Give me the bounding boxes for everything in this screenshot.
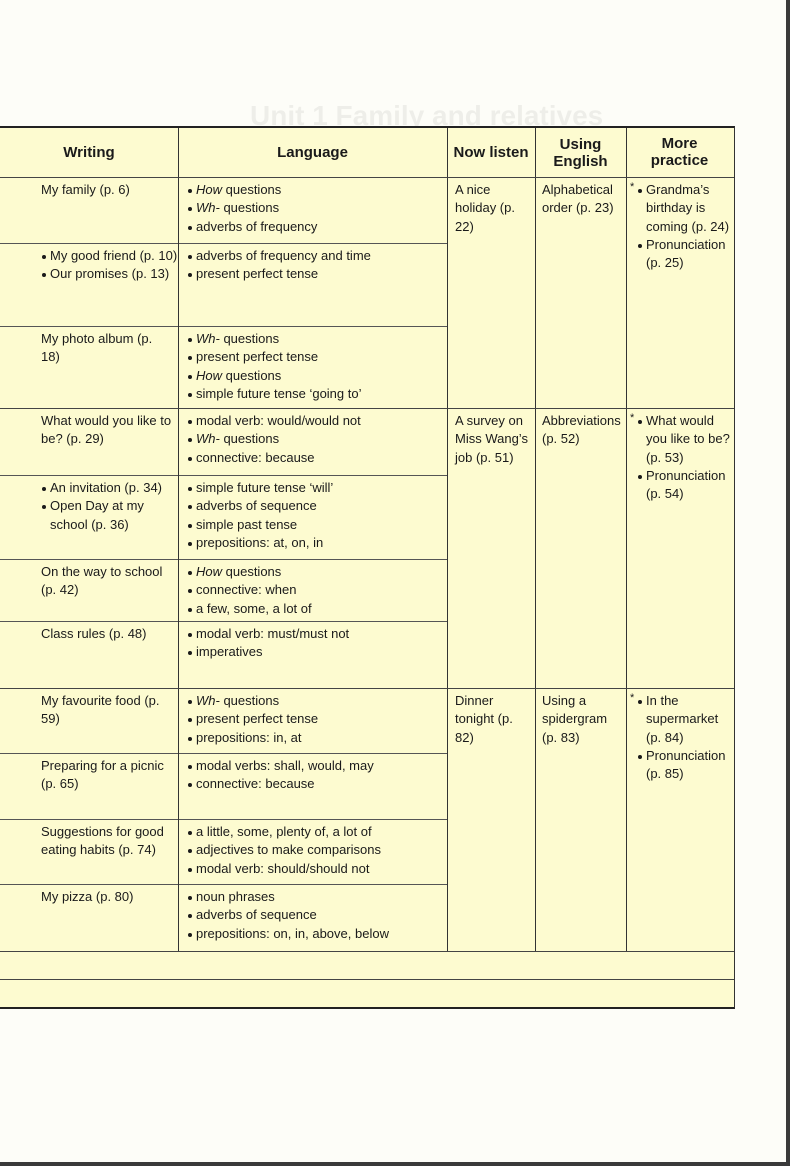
- writing-cell: My family (p. 6): [41, 178, 173, 199]
- language-item: simple past tense: [187, 516, 445, 534]
- language-item: Wh- questions: [187, 430, 445, 448]
- unit-block-1: My family (p. 6)How questionsWh- questio…: [0, 178, 734, 409]
- language-item: adverbs of frequency and time: [187, 247, 445, 265]
- writing-item: My photo album (p. 18): [41, 330, 173, 367]
- table-row: An invitation (p. 34)Open Day at my scho…: [0, 475, 447, 559]
- column-divider: [535, 178, 536, 408]
- asterisk-marker: *: [630, 409, 634, 427]
- writing-bullet-item: Open Day at my school (p. 36): [41, 497, 182, 534]
- column-divider: [178, 178, 179, 408]
- language-item: prepositions: on, in, above, below: [187, 925, 445, 943]
- header-more-practice: More practice: [626, 128, 733, 177]
- writing-cell: My photo album (p. 18): [41, 327, 173, 367]
- more-practice-item: Grandma’s birthday is coming (p. 24): [637, 181, 734, 236]
- emphasis: How: [196, 182, 222, 197]
- writing-cell: What would you like to be? (p. 29): [41, 409, 173, 449]
- table-header-row: Writing Language Now listen Using Englis…: [0, 128, 734, 178]
- writing-bullet-item: Our promises (p. 13): [41, 265, 182, 283]
- contents-table: Writing Language Now listen Using Englis…: [0, 126, 735, 1009]
- language-cell: modal verb: would/would notWh- questions…: [187, 409, 445, 467]
- writing-cell: Class rules (p. 48): [41, 622, 173, 643]
- table-row: Preparing for a picnic (p. 65)modal verb…: [0, 753, 447, 819]
- column-divider: [447, 178, 448, 408]
- writing-item: Class rules (p. 48): [41, 625, 173, 643]
- writing-cell: My pizza (p. 80): [41, 885, 173, 906]
- language-item: connective: when: [187, 581, 445, 599]
- emphasis: Wh-: [196, 200, 220, 215]
- column-divider: [178, 128, 179, 177]
- column-divider: [178, 409, 179, 688]
- asterisk-marker: *: [630, 689, 634, 707]
- header-writing: Writing: [0, 128, 178, 177]
- empty-band-row: [0, 952, 734, 980]
- more-practice-cell: *What would you like to be? (p. 53)Pronu…: [646, 409, 734, 503]
- column-divider: [535, 128, 536, 177]
- column-divider: [178, 689, 179, 951]
- column-divider: [447, 128, 448, 177]
- writing-cell: My favourite food (p. 59): [41, 689, 173, 729]
- writing-cell: Preparing for a picnic (p. 65): [41, 754, 173, 794]
- column-divider: [626, 689, 627, 951]
- using-english-cell: Abbreviations (p. 52): [542, 409, 624, 449]
- writing-item: My family (p. 6): [41, 181, 173, 199]
- language-item: present perfect tense: [187, 265, 445, 283]
- writing-item: Preparing for a picnic (p. 65): [41, 757, 173, 794]
- unit-block-3: My favourite food (p. 59)Wh- questionspr…: [0, 689, 734, 952]
- column-divider: [626, 178, 627, 408]
- language-item: imperatives: [187, 643, 445, 661]
- writing-bullet-item: An invitation (p. 34): [41, 479, 182, 497]
- table-row: Suggestions for good eating habits (p. 7…: [0, 819, 447, 884]
- header-using-english: Using English: [535, 128, 626, 177]
- language-item: How questions: [187, 367, 445, 385]
- writing-cell: My good friend (p. 10)Our promises (p. 1…: [50, 244, 182, 284]
- writing-item: My favourite food (p. 59): [41, 692, 173, 729]
- language-item: How questions: [187, 563, 445, 581]
- emphasis: Wh-: [196, 431, 220, 446]
- language-item: modal verb: should/should not: [187, 860, 445, 878]
- language-item: Wh- questions: [187, 330, 445, 348]
- using-english-cell: Using a spidergram (p. 83): [542, 689, 624, 747]
- more-practice-cell: *In the supermarket (p. 84)Pronunciation…: [646, 689, 734, 783]
- language-cell: a little, some, plenty of, a lot ofadjec…: [187, 820, 445, 878]
- now-listen-cell: Dinner tonight (p. 82): [455, 689, 533, 747]
- asterisk-marker: *: [630, 178, 634, 196]
- language-item: adjectives to make comparisons: [187, 841, 445, 859]
- language-item: modal verb: must/must not: [187, 625, 445, 643]
- language-item: simple future tense ‘going to’: [187, 385, 445, 403]
- writing-item: Suggestions for good eating habits (p. 7…: [41, 823, 173, 860]
- more-practice-item: In the supermarket (p. 84): [637, 692, 734, 747]
- language-item: prepositions: at, on, in: [187, 534, 445, 552]
- language-item: Wh- questions: [187, 199, 445, 217]
- language-item: present perfect tense: [187, 710, 445, 728]
- language-item: connective: because: [187, 775, 445, 793]
- more-practice-item: What would you like to be? (p. 53): [637, 412, 734, 467]
- language-item: How questions: [187, 181, 445, 199]
- emphasis: How: [196, 564, 222, 579]
- emphasis: Wh-: [196, 693, 220, 708]
- column-divider: [535, 409, 536, 688]
- language-cell: modal verbs: shall, would, mayconnective…: [187, 754, 445, 794]
- more-practice-item: Pronunciation (p. 25): [637, 236, 734, 273]
- unit-block-2: What would you like to be? (p. 29)modal …: [0, 409, 734, 689]
- writing-cell: Suggestions for good eating habits (p. 7…: [41, 820, 173, 860]
- empty-band-rows: [0, 952, 734, 1007]
- writing-cell: An invitation (p. 34)Open Day at my scho…: [50, 476, 182, 534]
- header-now-listen: Now listen: [447, 128, 535, 177]
- writing-item: What would you like to be? (p. 29): [41, 412, 173, 449]
- table-row: My good friend (p. 10)Our promises (p. 1…: [0, 243, 447, 326]
- language-item: prepositions: in, at: [187, 729, 445, 747]
- writing-bullet-item: My good friend (p. 10): [41, 247, 182, 265]
- table-row: What would you like to be? (p. 29)modal …: [0, 409, 447, 475]
- language-item: adverbs of frequency: [187, 218, 445, 236]
- writing-item: My pizza (p. 80): [41, 888, 173, 906]
- more-practice-item: Pronunciation (p. 85): [637, 747, 734, 784]
- column-divider: [447, 689, 448, 951]
- language-item: modal verb: would/would not: [187, 412, 445, 430]
- language-cell: noun phrasesadverbs of sequenceprepositi…: [187, 885, 445, 943]
- language-item: adverbs of sequence: [187, 497, 445, 515]
- language-cell: simple future tense ‘will’adverbs of seq…: [187, 476, 445, 552]
- column-divider: [535, 689, 536, 951]
- table-row: Class rules (p. 48)modal verb: must/must…: [0, 621, 447, 688]
- more-practice-item: Pronunciation (p. 54): [637, 467, 734, 504]
- language-cell: How questionsWh- questionsadverbs of fre…: [187, 178, 445, 236]
- language-cell: Wh- questionspresent perfect tenseprepos…: [187, 689, 445, 747]
- table-row: My photo album (p. 18)Wh- questionsprese…: [0, 326, 447, 408]
- language-cell: modal verb: must/must notimperatives: [187, 622, 445, 662]
- language-item: simple future tense ‘will’: [187, 479, 445, 497]
- now-listen-cell: A nice holiday (p. 22): [455, 178, 533, 236]
- header-language: Language: [178, 128, 447, 177]
- emphasis: Wh-: [196, 331, 220, 346]
- emphasis: How: [196, 368, 222, 383]
- language-cell: How questionsconnective: whena few, some…: [187, 560, 445, 618]
- table-row: On the way to school (p. 42)How question…: [0, 559, 447, 621]
- language-item: connective: because: [187, 449, 445, 467]
- empty-band-row: [0, 980, 734, 1007]
- using-english-cell: Alphabetical order (p. 23): [542, 178, 624, 218]
- language-item: noun phrases: [187, 888, 445, 906]
- writing-item: On the way to school (p. 42): [41, 563, 173, 600]
- units-container: My family (p. 6)How questionsWh- questio…: [0, 178, 734, 952]
- language-item: Wh- questions: [187, 692, 445, 710]
- more-practice-cell: *Grandma’s birthday is coming (p. 24)Pro…: [646, 178, 734, 272]
- table-row: My favourite food (p. 59)Wh- questionspr…: [0, 689, 447, 753]
- language-cell: Wh- questionspresent perfect tenseHow qu…: [187, 327, 445, 403]
- language-item: a little, some, plenty of, a lot of: [187, 823, 445, 841]
- column-divider: [626, 128, 627, 177]
- language-item: modal verbs: shall, would, may: [187, 757, 445, 775]
- table-row: My pizza (p. 80)noun phrasesadverbs of s…: [0, 884, 447, 951]
- language-item: present perfect tense: [187, 348, 445, 366]
- language-item: adverbs of sequence: [187, 906, 445, 924]
- column-divider: [447, 409, 448, 688]
- column-divider: [626, 409, 627, 688]
- now-listen-cell: A survey on Miss Wang’s job (p. 51): [455, 409, 533, 467]
- writing-cell: On the way to school (p. 42): [41, 560, 173, 600]
- language-item: a few, some, a lot of: [187, 600, 445, 618]
- language-cell: adverbs of frequency and timepresent per…: [187, 244, 445, 284]
- table-row: My family (p. 6)How questionsWh- questio…: [0, 178, 447, 243]
